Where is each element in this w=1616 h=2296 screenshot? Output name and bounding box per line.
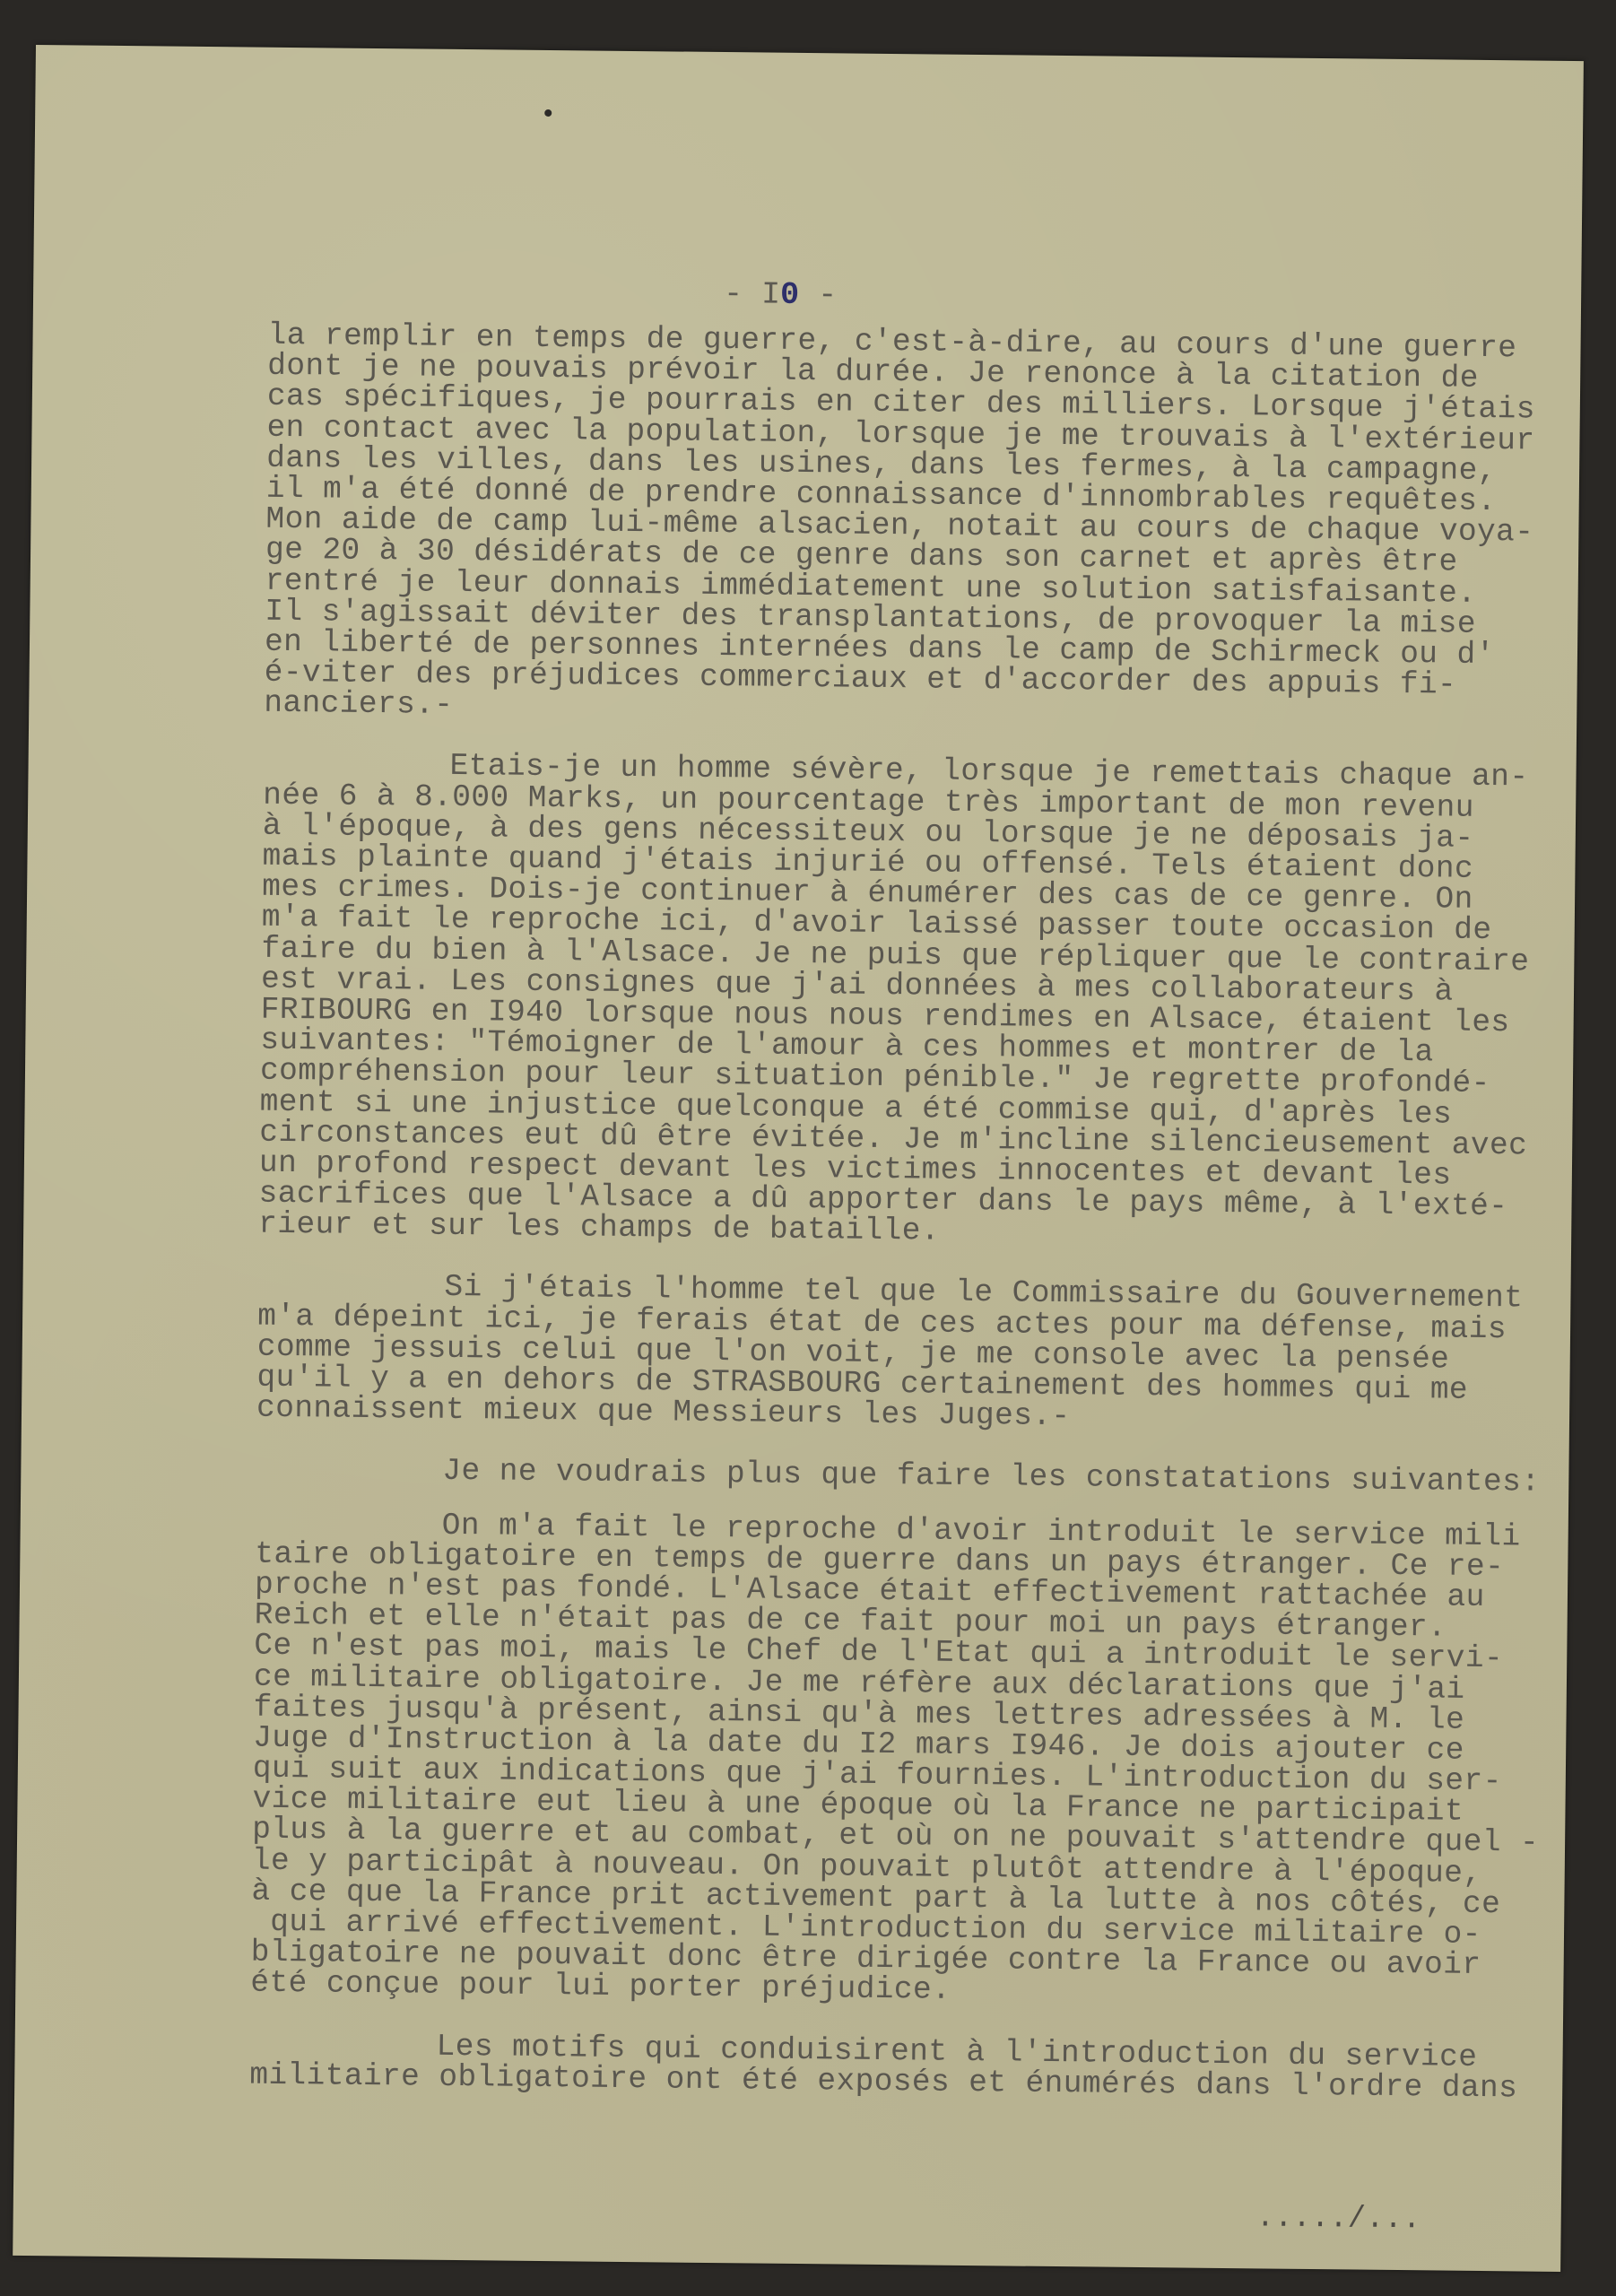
paragraph: On m'a fait le reproche d'avoir introdui…: [250, 1509, 1547, 2013]
ink-dot: [544, 109, 552, 117]
page-number-prefix: - I: [724, 276, 780, 313]
body-text: la remplir en temps de guerre, c'est-à-d…: [249, 321, 1560, 2135]
page-number-corrected-digit: 0: [780, 277, 799, 313]
paragraph: Je ne voudrais plus que faire les consta…: [256, 1455, 1547, 1499]
text-line: Je ne voudrais plus que faire les consta…: [256, 1455, 1547, 1499]
document-page: - I0 - la remplir en temps de guerre, c'…: [13, 45, 1584, 2272]
paragraph: la remplir en temps de guerre, c'est-à-d…: [264, 321, 1560, 733]
paragraph: Les motifs qui conduisirent à l'introduc…: [249, 2030, 1542, 2104]
page-number-suffix: -: [799, 277, 837, 313]
page-number: - I0 -: [724, 276, 837, 313]
continuation-marker: ...../...: [1255, 2201, 1421, 2237]
paragraph: Etais-je un homme sévère, lorsque je rem…: [258, 750, 1555, 1254]
paragraph: Si j'étais l'homme tel que le Commissair…: [256, 1271, 1550, 1438]
